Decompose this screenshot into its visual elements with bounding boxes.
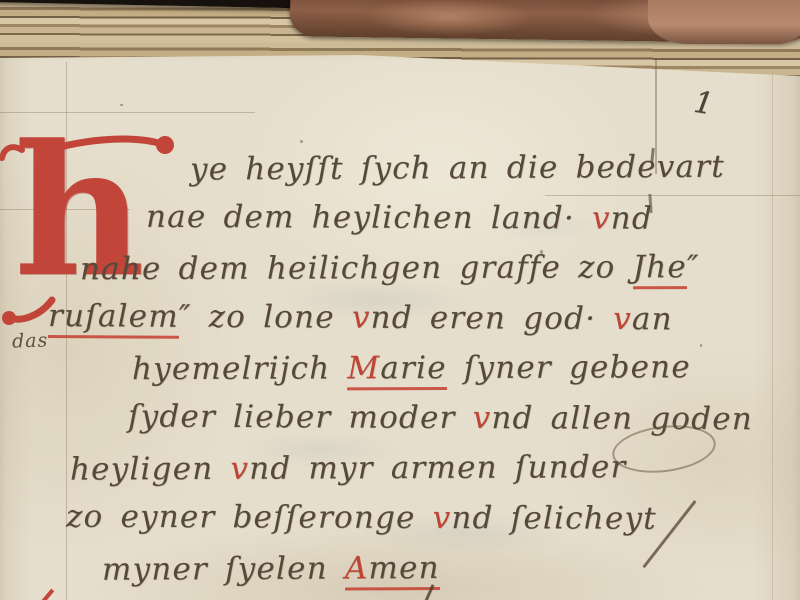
- ink-text: ſyner gebene: [447, 349, 691, 386]
- ink-text: zo eyner beſſeronge: [66, 499, 433, 536]
- manuscript-line: hyemelrijch Marie ſyner gebene: [132, 349, 794, 401]
- rubricated-text: M: [347, 350, 380, 390]
- ink-text: nd ſelicheyt: [451, 500, 656, 537]
- manuscript-line: zo eyner beſſeronge vnd ſelicheyt: [66, 499, 794, 552]
- rubricated-text: v: [433, 500, 452, 536]
- rubricated-text: v: [230, 451, 249, 487]
- margin-note: das: [12, 329, 49, 352]
- ink-text: myner ſyelen: [102, 551, 345, 588]
- ink-text: nd: [611, 200, 653, 236]
- manuscript-line: ruſalem″ zo lone vnd eren god· van: [48, 298, 794, 352]
- rubricated-text: arie: [380, 350, 447, 390]
- manuscript-line: nahe dem heilichgen graffe zo Jhe″: [80, 249, 794, 301]
- ink-text: heyligen: [70, 451, 231, 488]
- book-cover-fragment-right: [648, 0, 800, 44]
- speck: [300, 140, 303, 143]
- ink-text: nd allen goden: [491, 400, 753, 437]
- ink-text: nae dem heylichen land·: [146, 199, 592, 237]
- manuscript-line: ye heyſſt ſych an die bedevart: [190, 148, 794, 201]
- ink-text: hyemelrijch: [132, 350, 348, 387]
- ink-text: ſyder lieber moder: [128, 399, 473, 437]
- text-block: ye heyſſt ſych an die bedevartnae dem he…: [46, 150, 794, 600]
- rubricated-text: v: [473, 400, 492, 436]
- manuscript-line: nae dem heylichen land· vnd: [146, 199, 794, 251]
- ink-text: nd myr armen ſunder: [249, 449, 626, 487]
- rubricated-text: A: [345, 550, 369, 590]
- rubricated-text: v: [613, 301, 632, 337]
- rubricated-text: v: [352, 300, 371, 336]
- rubricated-text: men: [368, 550, 440, 590]
- manuscript-line: myner ſyelen Amen: [102, 548, 794, 600]
- rubricated-text: v: [592, 200, 611, 236]
- manuscript-photo: 1 h das ye heyſſt ſych an die bedevartna…: [0, 0, 800, 600]
- rubricated-text: ruſalem: [48, 298, 179, 339]
- ink-text: ye heyſſt ſych an die bedevart: [190, 149, 725, 188]
- ink-text: nd eren god·: [370, 300, 613, 337]
- ink-text: ″: [687, 249, 700, 285]
- ink-text: ″ zo lone: [179, 299, 352, 336]
- ink-text: an: [632, 301, 673, 337]
- ink-text: nahe dem heilichgen graffe zo: [80, 249, 633, 287]
- rubricated-text: Jhe: [633, 249, 687, 289]
